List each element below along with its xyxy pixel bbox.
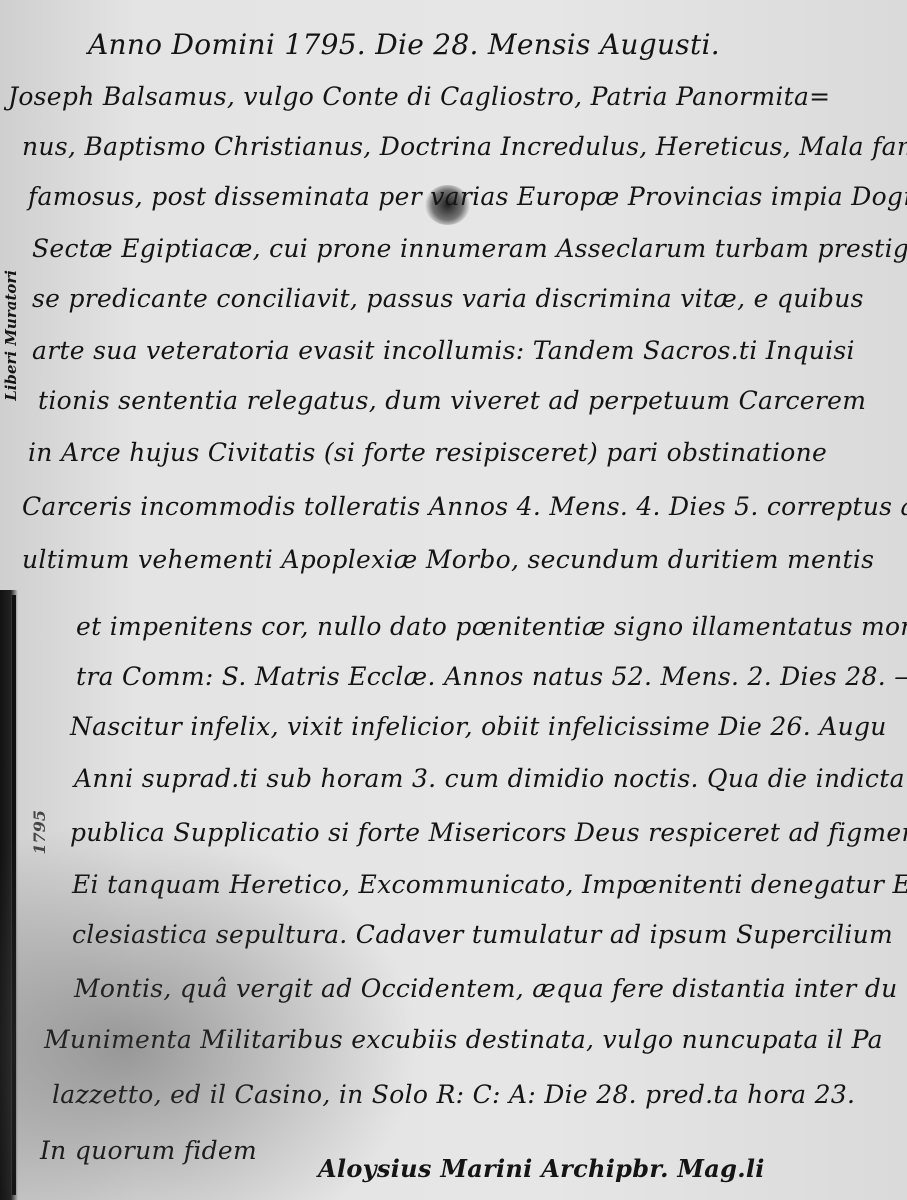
text-line-2: nus, Baptismo Christianus, Doctrina Incr… xyxy=(22,132,907,161)
text-line-3: famosus, post disseminata per varias Eur… xyxy=(28,182,907,211)
text-line-12: tra Comm: S. Matris Ecclæ. Annos natus 5… xyxy=(76,662,907,691)
text-line-1: Joseph Balsamus, vulgo Conte di Cagliost… xyxy=(8,82,830,111)
text-line-18: Montis, quâ vergit ad Occidentem, æqua f… xyxy=(74,974,898,1003)
text-line-4: Sectæ Egiptiacæ, cui prone innumeram Ass… xyxy=(32,234,907,263)
margin-note-year: 1795 xyxy=(30,810,49,855)
text-line-19: Munimenta Militaribus excubiis destinata… xyxy=(44,1025,883,1054)
text-line-7: tionis sententia relegatus, dum viveret … xyxy=(38,386,866,415)
margin-note-liberi-muratori: Liberi Muratori xyxy=(2,270,20,401)
text-line-5: se predicante conciliavit, passus varia … xyxy=(32,284,864,313)
text-line-20: lazzetto, ed il Casino, in Solo R: C: A:… xyxy=(52,1080,855,1109)
text-line-21: In quorum fidem xyxy=(40,1136,257,1165)
text-line-13: Nascitur infelix, vixit infelicior, obii… xyxy=(70,712,887,741)
text-line-8: in Arce hujus Civitatis (si forte resipi… xyxy=(28,438,827,467)
signature: Aloysius Marini Archipbr. Mag.li xyxy=(318,1154,765,1183)
text-line-14: Anni suprad.ti sub horam 3. cum dimidio … xyxy=(74,764,907,793)
document-heading: Anno Domini 1795. Die 28. Mensis Augusti… xyxy=(88,28,720,61)
text-line-6: arte sua veteratoria evasit incollumis: … xyxy=(32,336,855,365)
text-line-10: ultimum vehementi Apoplexiæ Morbo, secun… xyxy=(22,545,874,574)
text-line-9: Carceris incommodis tolleratis Annos 4. … xyxy=(22,492,907,521)
text-line-16: Ei tanquam Heretico, Excommunicato, Impœ… xyxy=(72,870,907,899)
text-line-17: clesiastica sepultura. Cadaver tumulatur… xyxy=(72,920,893,949)
text-line-11: et impenitens cor, nullo dato pœnitentiæ… xyxy=(76,612,907,641)
margin-rule-line xyxy=(12,595,16,1195)
text-line-15: publica Supplicatio si forte Misericors … xyxy=(70,818,907,847)
manuscript-page: Liberi Muratori 1795 Anno Domini 1795. D… xyxy=(0,0,907,1200)
